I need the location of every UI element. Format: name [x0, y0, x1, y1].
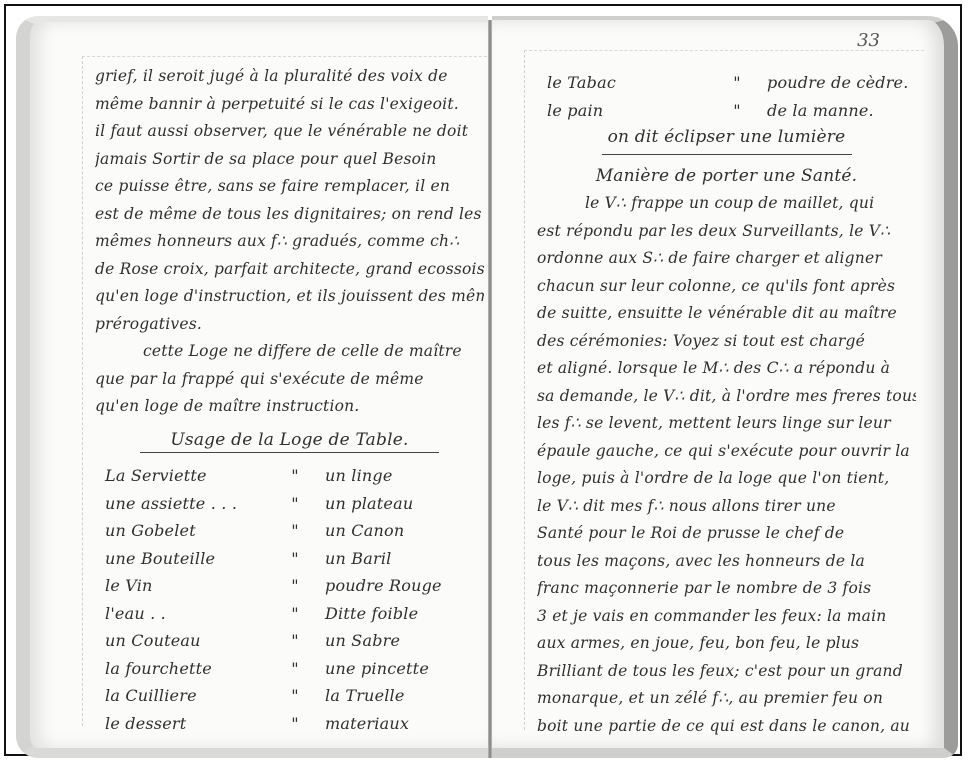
ditto-mark: "	[265, 600, 325, 628]
ditto-mark: "	[265, 572, 325, 600]
ditto-mark: "	[265, 710, 325, 738]
term: un Couteau	[95, 627, 265, 655]
meaning: poudre de cèdre.	[767, 69, 916, 97]
text-line: ordonne aux S∴ de faire charger et align…	[537, 245, 916, 273]
left-paragraph-1: grief, il seroit jugé à la pluralité des…	[95, 63, 484, 338]
text-line: chacun sur leur colonne, ce qu'ils font …	[537, 273, 916, 301]
ditto-mark: "	[265, 655, 325, 683]
text-line: Brilliant de tous les feux; c'est pour u…	[537, 658, 916, 686]
vocabulary-table: La Serviette " un linge une assiette . .…	[95, 462, 484, 737]
table-row: La Serviette " un linge	[95, 462, 484, 490]
text-line: des cérémonies: Voyez si tout est chargé	[537, 328, 916, 356]
meaning: materiaux	[325, 710, 484, 738]
text-line: est répondu par les deux Surveillants, l…	[537, 218, 916, 246]
page-number: 33	[857, 30, 880, 51]
section-heading: Manière de porter une Santé.	[537, 163, 916, 191]
text-line: et aligné. lorsque le M∴ des C∴ a répond…	[537, 355, 916, 383]
text-line: le V∴ frappe un coup de maillet, qui	[537, 190, 916, 218]
section-heading: Usage de la Loge de Table.	[95, 427, 484, 455]
text-line: loge, puis à l'ordre de la loge que l'on…	[537, 465, 916, 493]
meaning: poudre Rouge	[325, 572, 484, 600]
term: la Cuilliere	[95, 682, 265, 710]
text-line: tous les maçons, avec les honneurs de la	[537, 548, 916, 576]
left-paragraph-2: cette Loge ne differe de celle de maître…	[95, 338, 484, 421]
text-line: il faut aussi observer, que le vénérable…	[95, 118, 484, 146]
term: l'eau . .	[95, 600, 265, 628]
ditto-mark: "	[707, 69, 767, 97]
scan-frame: grief, il seroit jugé à la pluralité des…	[4, 4, 962, 756]
text-line: ce puisse être, sans se faire remplacer,…	[95, 173, 484, 201]
text-line: monarque, et un zélé f∴, au premier feu …	[537, 685, 916, 713]
table-row: une assiette . . . " un plateau	[95, 490, 484, 518]
text-line: franc maçonnerie par le nombre de 3 fois	[537, 575, 916, 603]
meaning: un Baril	[325, 545, 484, 573]
term: le Tabac	[537, 69, 707, 97]
text-line: qu'en loge de maître instruction.	[95, 393, 484, 421]
meaning: Ditte foible	[325, 600, 484, 628]
term: une Bouteille	[95, 545, 265, 573]
table-note: on dit éclipser une lumière	[537, 124, 916, 152]
table-row: la Cuilliere " la Truelle	[95, 682, 484, 710]
text-line: qu'en loge d'instruction, et ils jouisse…	[95, 283, 484, 311]
table-row: le dessert " materiaux	[95, 710, 484, 738]
text-line: grief, il seroit jugé à la pluralité des…	[95, 63, 484, 91]
text-line: aux armes, en joue, feu, bon feu, le plu…	[537, 630, 916, 658]
ditto-mark: "	[265, 517, 325, 545]
section-heading-text: Usage de la Loge de Table.	[140, 430, 438, 453]
text-line: jamais Sortir de sa place pour quel Beso…	[95, 146, 484, 174]
text-line: prérogatives.	[95, 311, 484, 339]
text-line: épaule gauche, ce qui s'exécute pour ouv…	[537, 438, 916, 466]
text-line: de suitte, ensuitte le vénérable dit au …	[537, 300, 916, 328]
ditto-mark: "	[265, 682, 325, 710]
table-row: un Couteau " un Sabre	[95, 627, 484, 655]
right-paragraph: le V∴ frappe un coup de maillet, qui est…	[537, 190, 916, 740]
meaning: un plateau	[325, 490, 484, 518]
term: la fourchette	[95, 655, 265, 683]
meaning: une pincette	[325, 655, 484, 683]
term: le Vin	[95, 572, 265, 600]
text-line: cette Loge ne differe de celle de maître	[95, 338, 484, 366]
text-line: que par la frappé qui s'exécute de même	[95, 366, 484, 394]
meaning: un Sabre	[325, 627, 484, 655]
ditto-mark: "	[265, 545, 325, 573]
term: un Gobelet	[95, 517, 265, 545]
term: La Serviette	[95, 462, 265, 490]
text-line: est de même de tous les dignitaires; on …	[95, 201, 484, 229]
text-line: les f∴ se levent, mettent leurs linge su…	[537, 410, 916, 438]
text-line: même bannir à perpetuité si le cas l'exi…	[95, 91, 484, 119]
right-page: 33 le Tabac " poudre de cèdre. le pain "…	[492, 16, 958, 758]
table-row: la fourchette " une pincette	[95, 655, 484, 683]
meaning: un Canon	[325, 517, 484, 545]
term: le pain	[537, 97, 707, 125]
meaning: un linge	[325, 462, 484, 490]
meaning: de la manne.	[767, 97, 916, 125]
table-row: le Tabac " poudre de cèdre.	[537, 69, 916, 97]
term: le dessert	[95, 710, 265, 738]
text-line: 3 et je vais en commander les feux: la m…	[537, 603, 916, 631]
ditto-mark: "	[265, 490, 325, 518]
vocabulary-table-continued: le Tabac " poudre de cèdre. le pain " de…	[537, 69, 916, 124]
divider-rule	[602, 154, 852, 155]
left-page-text: grief, il seroit jugé à la pluralité des…	[82, 56, 492, 726]
text-line: Santé pour le Roi de prusse le chef de	[537, 520, 916, 548]
ditto-mark: "	[707, 97, 767, 125]
text-line: mêmes honneurs aux f∴ gradués, comme ch∴	[95, 228, 484, 256]
term: une assiette . . .	[95, 490, 265, 518]
meaning: la Truelle	[325, 682, 484, 710]
ditto-mark: "	[265, 627, 325, 655]
text-line: boit une partie de ce qui est dans le ca…	[537, 713, 916, 741]
text-line: de Rose croix, parfait architecte, grand…	[95, 256, 484, 284]
table-row: le pain " de la manne.	[537, 97, 916, 125]
ditto-mark: "	[265, 462, 325, 490]
text-line: sa demande, le V∴ dit, à l'ordre mes fre…	[537, 383, 916, 411]
text-line: le V∴ dit mes f∴ nous allons tirer une	[537, 493, 916, 521]
table-row: l'eau . . " Ditte foible	[95, 600, 484, 628]
table-row: une Bouteille " un Baril	[95, 545, 484, 573]
right-page-text: le Tabac " poudre de cèdre. le pain " de…	[524, 50, 924, 730]
table-row: le Vin " poudre Rouge	[95, 572, 484, 600]
left-page: grief, il seroit jugé à la pluralité des…	[16, 16, 488, 758]
table-row: un Gobelet " un Canon	[95, 517, 484, 545]
